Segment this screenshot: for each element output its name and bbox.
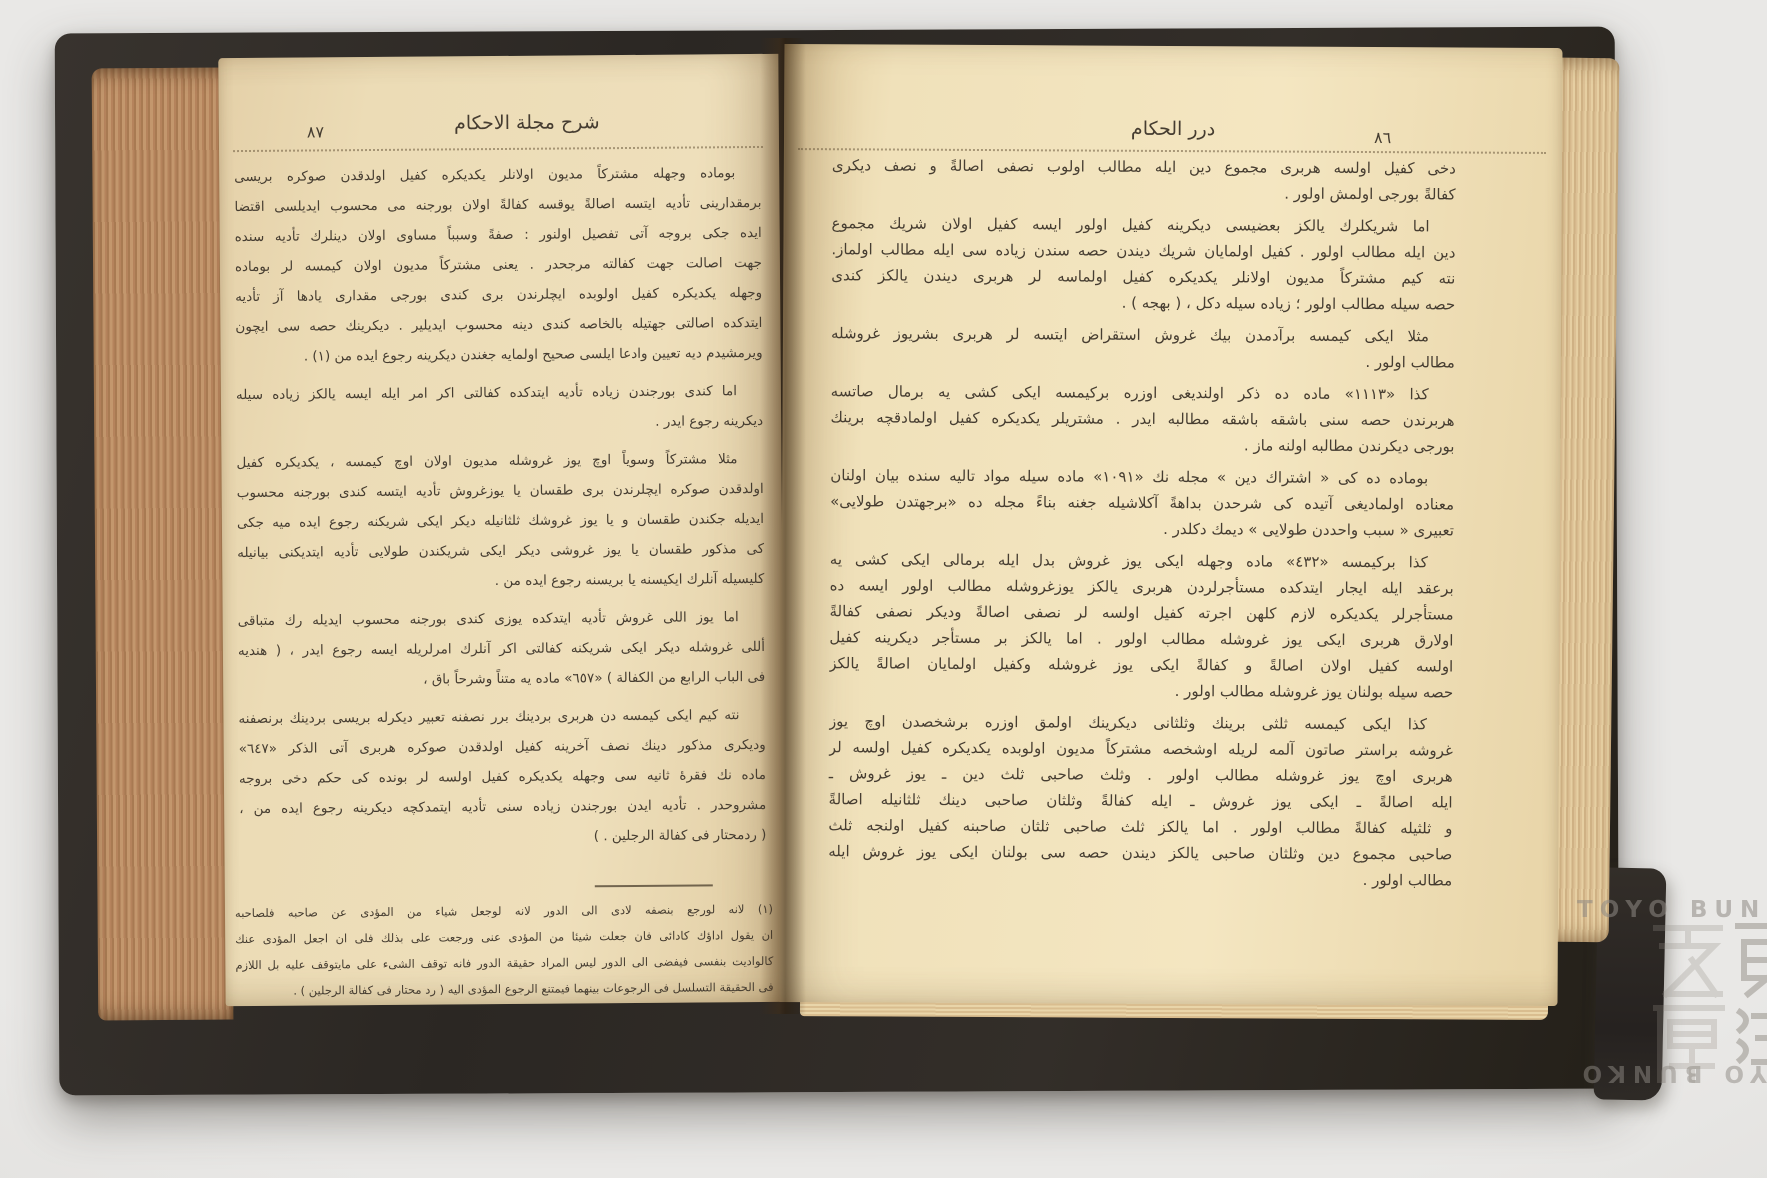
text-line: مطالب اولور . [831,346,1455,375]
paragraph: اما يوز اللى غروش تأديه ايتدكده يوزى كند… [238,602,766,696]
text-line: ديكرينه رجوع ايدر . [236,406,763,440]
text-line: اما يوز اللى غروش تأديه ايتدكده يوزى كند… [238,602,765,636]
text-line: ( ردمحتار فى كفالة الرجلين . ) [239,820,766,854]
text-line: كفالةً بورجى اولمش اولور . [832,178,1456,207]
text-line: ويرمشيدم ديه تعيين وادعا ايلسى صحيح اولم… [236,338,763,372]
paragraph: بوماده وجهله مشتركاً مديون اولانلر يكديك… [234,158,763,372]
text-line: وديكرى مذكور دينك نصف آخرينه كفيل اولدقد… [239,730,766,764]
text-line: فى الباب الرابع من الكفالة ) «٦٥٧» ماده … [238,662,765,696]
paragraph: كذا «١١١٣» ماده ده ذكر اولنديغى اوزره بر… [830,378,1454,459]
left-page-header-title: شرح مجلة الاحكام [454,111,600,134]
text-line: برمقدارينى تأديه ايتسه اصالةً يوقسه كفال… [234,188,761,222]
text-line: ايتدكده اصالتى جهتيله بالخاصه كندى دينه … [235,308,762,342]
right-page: ٨٦ درر الحكام دخى كفيل اولسه هربرى مجموع… [779,44,1562,1006]
text-line: تعبيرى « سبب واحددن طولايى » ديمك دكلدر … [830,514,1454,543]
text-line: جهت اصالت جهت كفالته مرجحدر . يعنى مشترك… [235,248,762,282]
paragraph: اما كندى بورجندن زياده تأديه ايتدكده كفا… [236,376,763,440]
page-edges-left [92,68,234,1021]
text-line: اما شريكلرك يالكز بعضيسى ديكرينه كفيل او… [832,210,1456,239]
text-line: بورجى ديكرندن مطالبه اولنه ماز . [830,430,1454,459]
left-header-rule [233,146,763,152]
text-line: حصه سيله مطالب اولور ؛ زياده سيله دكل ، … [831,288,1455,317]
photo-background: ٨٧ شرح مجلة الاحكام بوماده وجهله مشتركاً… [0,0,1767,1178]
text-line: مثلا ايكى كيمسه برآدمدن بيك غروش استقراض… [831,320,1455,349]
text-line: كى مذكور طقسان يا يوز غروشى ديكر ايكى شر… [237,534,764,568]
text-line: دخى كفيل اولسه هربرى مجموع دين ايله مطال… [832,152,1456,181]
paragraph: مثلا ايكى كيمسه برآدمدن بيك غروش استقراض… [831,320,1455,375]
text-line: نته كيم ايكى كيمسه دن هربرى بردينك برر ن… [238,700,765,734]
footnote-line: فى الحقيقة التسلسل فى الرجوعات بينهما في… [236,974,774,1004]
text-line: كليسيله آنلرك ايكيسنه يا بريسنه رجوع ايد… [237,564,764,598]
text-line: غروشه براستر صاتون آلمه لريله اوشخصه مشت… [829,734,1453,763]
text-line: اما كندى بورجندن زياده تأديه ايتدكده كفا… [236,376,763,410]
text-line: مشروحدر . تأديه ايدن بورجندن زياده سنى ت… [239,790,766,824]
footnote-separator-rule [595,884,713,887]
text-line: بوماده وجهله مشتركاً مديون اولانلر يكديك… [234,158,761,192]
paragraph: بوماده ده كى « اشتراك دين » مجله نك «١٠٩… [830,462,1454,543]
text-line: حصه سيله بولنان يوز غروشله مطالب اولور . [829,676,1453,705]
right-page-header-title: درر الحكام [1131,118,1215,140]
text-line: ايديله جكندن طقسان و يا يوز غروشك ثلثاني… [237,504,764,538]
text-line: بوماده ده كى « اشتراك دين » مجله نك «١٠٩… [830,462,1454,491]
paragraph: دخى كفيل اولسه هربرى مجموع دين ايله مطال… [832,152,1456,207]
left-page-footnote: (١) لانه لورجع بنصفه لادى الى الدور لانه… [235,896,774,1004]
text-line: كذا ايكى كيمسه ثلثى برينك وثلثانى ديكرين… [829,708,1453,737]
text-line: وجهله يكديكره كفيل اولوبده ايچلرندن برى … [235,278,762,312]
left-page-body: بوماده وجهله مشتركاً مديون اولانلر يكديك… [234,158,766,854]
right-page-header: ٨٦ درر الحكام [784,116,1562,120]
paragraph: كذا بركيمسه «٤٣٢» ماده وجهله ايكى يوز غر… [829,546,1454,705]
text-line: مستأجرلر يكديكره لازم كلهن اجرته كفيل او… [829,598,1453,627]
paragraph: كذا ايكى كيمسه ثلثى برينك وثلثانى ديكرين… [828,708,1453,893]
right-page-body: دخى كفيل اولسه هربرى مجموع دين ايله مطال… [828,152,1456,893]
paragraph: اما شريكلرك يالكز بعضيسى ديكرينه كفيل او… [831,210,1456,317]
paragraph: مثلا مشتركاً وسوياً اوچ يوز غروشله مديون… [236,444,764,598]
text-line: دين ايله مطالب اولور . كفيل اولمايان شري… [831,236,1455,265]
text-line: و ثلثيله كفالةً مطالب اولور . اما يالكز … [828,812,1452,841]
left-page: ٨٧ شرح مجلة الاحكام بوماده وجهله مشتركاً… [218,54,785,1006]
text-line: نته كيم مشتركاً مديون اولانلر يكديكره كف… [831,262,1455,291]
paragraph: نته كيم ايكى كيمسه دن هربرى بردينك برر ن… [238,700,766,854]
text-line: مطالب اولور . [828,864,1452,893]
text-line: كذا بركيمسه «٤٣٢» ماده وجهله ايكى يوز غر… [830,546,1454,575]
text-line: اولارق هربرى ايكى يوز غروشله مطالب اولور… [829,624,1453,653]
text-line: هربرندن حصه سنى باشقه باشقه مطالبه ايدر … [830,404,1454,433]
left-page-number: ٨٧ [307,122,324,141]
text-line: اولسه كفيل اولان اصالةً و كفالةً ايكى يو… [829,650,1453,679]
text-line: صاحبى مجموع دين وثلثان صاحبى يالكز ديندن… [828,838,1452,867]
text-line: كذا «١١١٣» ماده ده ذكر اولنديغى اوزره بر… [831,378,1455,407]
text-line: معناده اولماديغى آتيده كى شرحدن بداهةً آ… [830,488,1454,517]
text-line: ماده نك فقرهٔ ثانيه سى وجهله يكديكره كفي… [239,760,766,794]
text-line: ايده جكى بروجه آتى تفصيل اولنور : صفةً و… [235,218,762,252]
text-line: ايله اصالةً ـ ايكى يوز غروش ـ ايله كفالة… [828,786,1452,815]
left-page-header: ٨٧ شرح مجلة الاحكام [219,110,779,114]
text-line: مثلا مشتركاً وسوياً اوچ يوز غروشله مديون… [236,444,763,478]
text-line: برعقد ايله ايجار ايتدكده مستأجرلردن هربر… [830,572,1454,601]
text-line: أللى غروشله ديكر ايكى شريكنه كفالتى اكر … [238,632,765,666]
right-page-number: ٨٦ [1374,128,1391,147]
text-line: هربرى اوچ يوز غروشله مطالب اولور . وثلث … [829,760,1453,789]
text-line: اولدقدن صوكره ايچلرندن برى طقسان يا يوزغ… [237,474,764,508]
